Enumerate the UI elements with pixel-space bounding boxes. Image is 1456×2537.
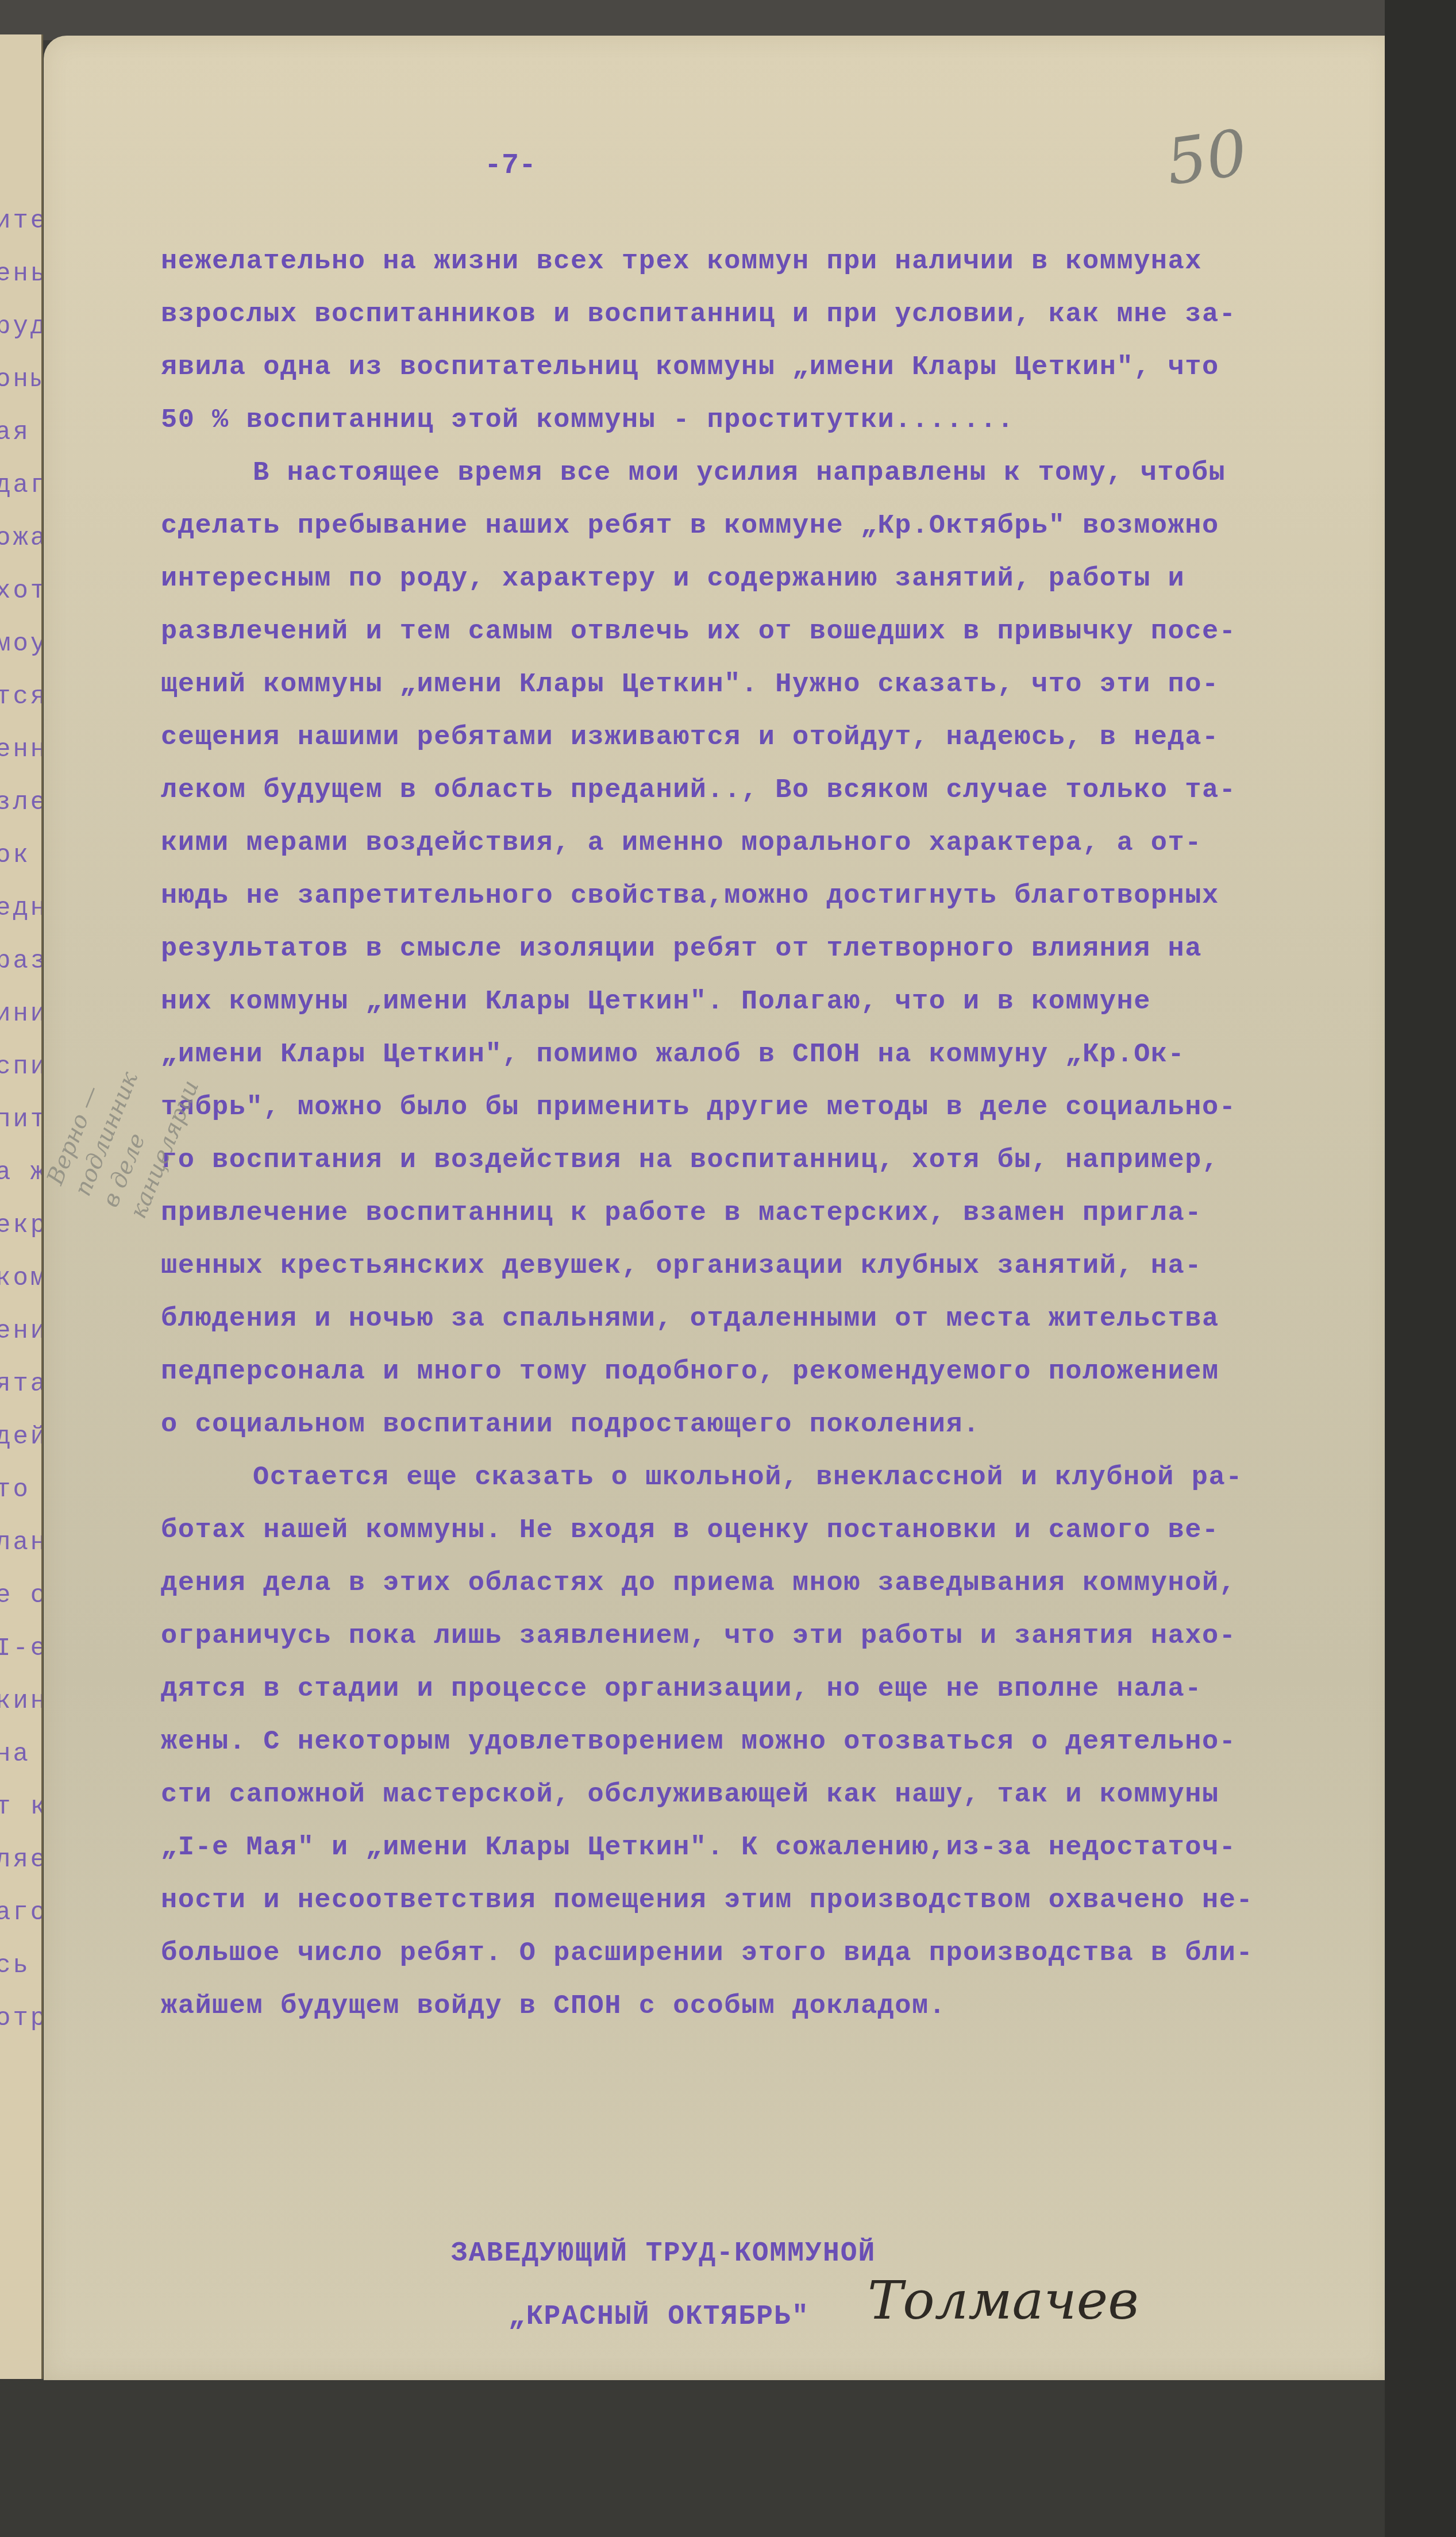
text-line: жены. С некоторым удовлетворением можно … bbox=[161, 1716, 1356, 1769]
text-line: В настоящее время все мои усилия направл… bbox=[161, 447, 1356, 500]
previous-page-text-fragment: лан bbox=[0, 1529, 43, 1557]
page-number: -7- bbox=[484, 149, 536, 182]
text-line: ности и несоответствия помещения этим пр… bbox=[161, 1874, 1356, 1927]
previous-page-text-fragment: ожа bbox=[0, 524, 43, 553]
text-line: „I-е Мая" и „имени Клары Цеткин". К сожа… bbox=[161, 1822, 1356, 1874]
text-line: о социальном воспитании подростающего по… bbox=[161, 1399, 1356, 1452]
paragraph: нежелательно на жизни всех трех коммун п… bbox=[161, 236, 1356, 447]
previous-page-edge: итереньрудоныйаядагоожахотмоутсяеннызлео… bbox=[0, 34, 43, 2379]
text-line: тябрь", можно было бы применить другие м… bbox=[161, 1081, 1356, 1134]
previous-page-text-fragment: то bbox=[0, 1476, 43, 1504]
previous-page-text-fragment: зле bbox=[0, 788, 43, 817]
previous-page-text-fragment: на bbox=[0, 1740, 43, 1769]
text-line: нежелательно на жизни всех трех коммун п… bbox=[161, 236, 1356, 288]
text-line: взрослых воспитанников и воспитанниц и п… bbox=[161, 288, 1356, 341]
previous-page-text-fragment: енны bbox=[0, 736, 43, 764]
text-line: сделать пребывание наших ребят в коммуне… bbox=[161, 500, 1356, 553]
text-line: дения дела в этих областях до приема мно… bbox=[161, 1557, 1356, 1610]
previous-page-text-fragment: агод bbox=[0, 1899, 43, 1927]
previous-page-text-fragment: пита bbox=[0, 1106, 43, 1134]
text-line: большое число ребят. О расширении этого … bbox=[161, 1927, 1356, 1980]
previous-page-text-fragment: а ж bbox=[0, 1158, 43, 1187]
previous-page-text-fragment: даго bbox=[0, 471, 43, 500]
signature-block: ЗАВЕДУЮЩИЙ ТРУД-КОММУНОЙ „КРАСНЫЙ ОКТЯБР… bbox=[451, 2238, 876, 2365]
previous-page-text-fragment: ята bbox=[0, 1370, 43, 1399]
previous-page-text-fragment: оный bbox=[0, 365, 43, 394]
text-line: ботах нашей коммуны. Не входя в оценку п… bbox=[161, 1504, 1356, 1557]
previous-page-text-fragment: ком bbox=[0, 1264, 43, 1293]
handwritten-signature: Толмачев bbox=[868, 2270, 1139, 2331]
previous-page-text-fragment: тся bbox=[0, 683, 43, 711]
previous-page-text-fragment: екр bbox=[0, 1211, 43, 1240]
text-line: жайшем будущем войду в СПОН с особым док… bbox=[161, 1980, 1356, 2033]
organization-name: „КРАСНЫЙ ОКТЯБРЬ" bbox=[451, 2301, 876, 2365]
text-line: развлечений и тем самым отвлечь их от во… bbox=[161, 606, 1356, 659]
previous-page-text-fragment: I-е bbox=[0, 1634, 43, 1663]
previous-page-text-fragment: ок bbox=[0, 841, 43, 870]
text-line: сещения нашими ребятами изживаются и ото… bbox=[161, 711, 1356, 764]
text-line: го воспитания и воздействия на воспитанн… bbox=[161, 1134, 1356, 1187]
paragraph: Остается еще сказать о школьной, внеклас… bbox=[161, 1452, 1356, 2033]
previous-page-text-fragment: хот bbox=[0, 577, 43, 606]
scan-background bbox=[0, 0, 1456, 40]
previous-page-text-fragment: итер bbox=[0, 207, 43, 236]
text-line: явила одна из воспитательниц коммуны „им… bbox=[161, 341, 1356, 394]
document-body: нежелательно на жизни всех трех коммун п… bbox=[161, 236, 1356, 2033]
text-line: педперсонала и много тому подобного, рек… bbox=[161, 1346, 1356, 1399]
previous-page-text-fragment: моу bbox=[0, 630, 43, 659]
previous-page-text-fragment: спи bbox=[0, 1053, 43, 1081]
previous-page-text-fragment: ая bbox=[0, 418, 43, 447]
text-line: дятся в стадии и процессе организации, н… bbox=[161, 1663, 1356, 1716]
text-line: интересным по роду, характеру и содержан… bbox=[161, 553, 1356, 606]
previous-page-text-fragment: руд bbox=[0, 313, 43, 341]
text-line: шенных крестьянских девушек, организации… bbox=[161, 1240, 1356, 1293]
text-line: кими мерами воздействия, а именно мораль… bbox=[161, 817, 1356, 870]
previous-page-text-fragment: кин" bbox=[0, 1687, 43, 1716]
previous-page-text-fragment: отра bbox=[0, 2004, 43, 2033]
text-line: 50 % воспитанниц этой коммуны - проститу… bbox=[161, 394, 1356, 447]
previous-page-text-fragment: ляем bbox=[0, 1846, 43, 1874]
signatory-title: ЗАВЕДУЮЩИЙ ТРУД-КОММУНОЙ bbox=[451, 2238, 876, 2301]
paragraph: В настоящее время все мои усилия направл… bbox=[161, 447, 1356, 1452]
text-line: сти сапожной мастерской, обслуживающей к… bbox=[161, 1769, 1356, 1822]
text-line: нюдь не запретительного свойства,можно д… bbox=[161, 870, 1356, 923]
previous-page-text-fragment: сь bbox=[0, 1951, 43, 1980]
text-line: привлечение воспитанниц к работе в масте… bbox=[161, 1187, 1356, 1240]
previous-page-text-fragment: ень bbox=[0, 260, 43, 288]
previous-page-text-fragment: е с bbox=[0, 1581, 43, 1610]
previous-page-text-fragment: раз bbox=[0, 947, 43, 976]
previous-page-text-fragment: ени bbox=[0, 1317, 43, 1346]
folio-number: 50 bbox=[1162, 116, 1251, 199]
scan-background-right bbox=[1385, 0, 1456, 2537]
text-line: „имени Клары Цеткин", помимо жалоб в СПО… bbox=[161, 1029, 1356, 1081]
text-line: щений коммуны „имени Клары Цеткин". Нужн… bbox=[161, 659, 1356, 711]
text-line: результатов в смысле изоляции ребят от т… bbox=[161, 923, 1356, 976]
text-line: леком будущем в область преданий.., Во в… bbox=[161, 764, 1356, 817]
previous-page-text-fragment: едн bbox=[0, 894, 43, 923]
previous-page-text-fragment: т к bbox=[0, 1793, 43, 1822]
text-line: Остается еще сказать о школьной, внеклас… bbox=[161, 1452, 1356, 1504]
text-line: блюдения и ночью за спальнями, отдаленны… bbox=[161, 1293, 1356, 1346]
text-line: них коммуны „имени Клары Цеткин". Полага… bbox=[161, 976, 1356, 1029]
previous-page-text-fragment: ини bbox=[0, 1000, 43, 1029]
previous-page-text-fragment: дей, bbox=[0, 1423, 43, 1452]
text-line: ограничусь пока лишь заявлением, что эти… bbox=[161, 1610, 1356, 1663]
